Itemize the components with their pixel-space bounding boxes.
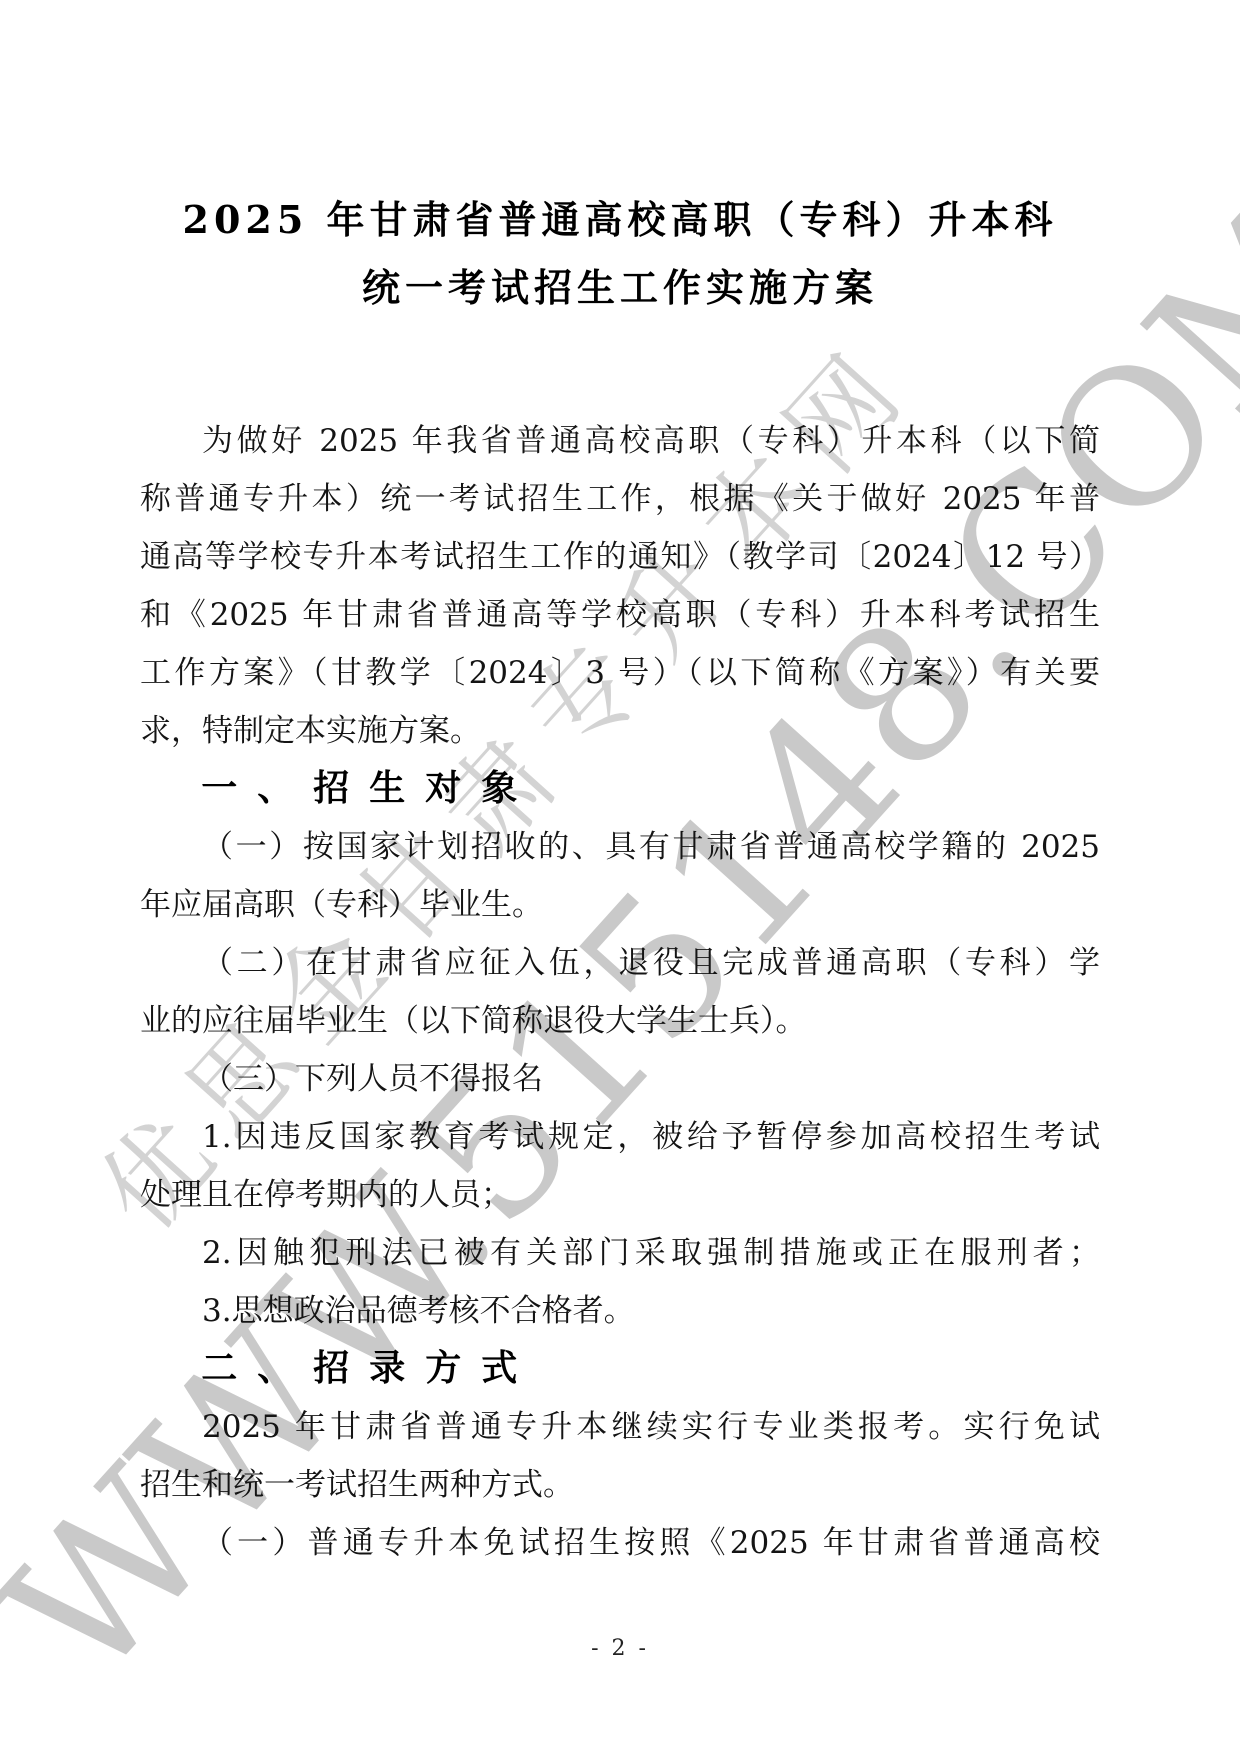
text-line: 2.因触犯刑法已被有关部门采取强制措施或正在服刑者； (140, 1224, 1100, 1282)
text-line: 通高等学校专升本考试招生工作的通知》（教学司〔2024〕12 号） (140, 528, 1100, 586)
text-line: （二）在甘肃省应征入伍，退役且完成普通高职（专科）学 (140, 934, 1100, 992)
text-line: 年应届高职（专科）毕业生。 (140, 876, 1100, 934)
document-title-line2: 统一考试招生工作实施方案 (140, 254, 1100, 322)
text-line: 和《2025 年甘肃省普通高等学校高职（专科）升本科考试招生 (140, 586, 1100, 644)
text-line: （三）下列人员不得报名 (140, 1050, 1100, 1108)
text-line: 工作方案》（甘教学〔2024〕3 号）（以下简称《方案》）有关要 (140, 644, 1100, 702)
text-line: （一）普通专升本免试招生按照《2025 年甘肃省普通高校 (140, 1514, 1100, 1572)
document-page: 优思金甘肃专升本网 WWW.515148.COM 2025 年甘肃省普通高校高职… (0, 0, 1240, 1753)
section-heading: 二、招录方式 (140, 1340, 1100, 1398)
document-content: 2025 年甘肃省普通高校高职（专科）升本科 统一考试招生工作实施方案 为做好 … (0, 0, 1240, 1572)
document-title-line1: 2025 年甘肃省普通高校高职（专科）升本科 (140, 186, 1100, 254)
text-line: 称普通专升本）统一考试招生工作，根据《关于做好 2025 年普 (140, 470, 1100, 528)
text-line: 处理且在停考期内的人员； (140, 1166, 1100, 1224)
text-line: 2025 年甘肃省普通专升本继续实行专业类报考。实行免试 (140, 1398, 1100, 1456)
text-line: 业的应往届毕业生（以下简称退役大学生士兵）。 (140, 992, 1100, 1050)
section-heading: 一、招生对象 (140, 760, 1100, 818)
document-title: 2025 年甘肃省普通高校高职（专科）升本科 统一考试招生工作实施方案 (140, 186, 1100, 322)
text-line: 求，特制定本实施方案。 (140, 702, 1100, 760)
text-line: 1.因违反国家教育考试规定，被给予暂停参加高校招生考试 (140, 1108, 1100, 1166)
text-line: （一）按国家计划招收的、具有甘肃省普通高校学籍的 2025 (140, 818, 1100, 876)
document-body: 为做好 2025 年我省普通高校高职（专科）升本科（以下简称普通专升本）统一考试… (140, 412, 1100, 1572)
text-line: 3.思想政治品德考核不合格者。 (140, 1282, 1100, 1340)
text-line: 招生和统一考试招生两种方式。 (140, 1456, 1100, 1514)
text-line: 为做好 2025 年我省普通高校高职（专科）升本科（以下简 (140, 412, 1100, 470)
page-number: - 2 - (0, 1636, 1240, 1661)
